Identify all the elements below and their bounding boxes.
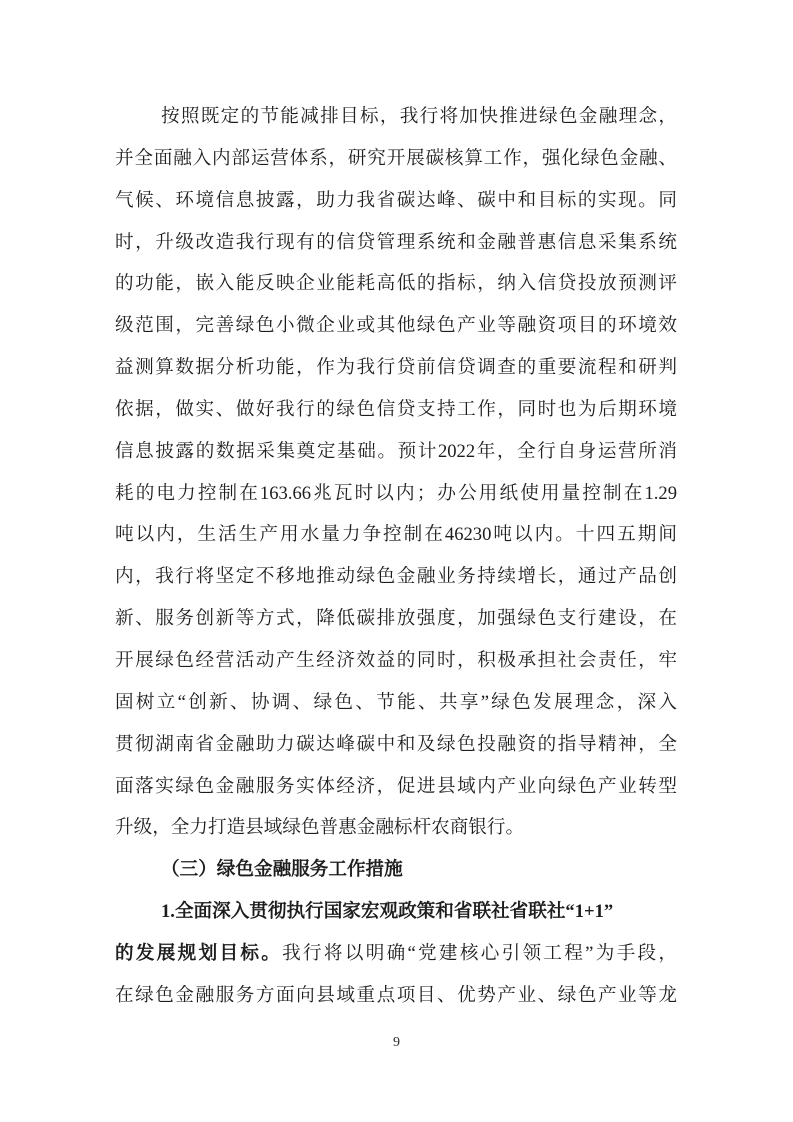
text-segment: 级范围，完善绿色小微企业或其他绿色产业等融资项目的环境效 [115, 315, 677, 336]
text-line: 开展绿色经营活动产生经济效益的同时，积极承担社会责任，牢 [115, 640, 677, 682]
text-segment: 1.全面深入贯彻执行国家宏观政策和省联社省联社“1+1” [161, 901, 613, 922]
text-line: 面落实绿色金融服务实体经济，促进县域内产业向绿色产业转型 [115, 766, 677, 808]
text-line: 吨以内，生活生产用水量力争控制在46230吨以内。十四五期间 [115, 514, 677, 556]
document-page: 按照既定的节能减排目标，我行将加快推进绿色金融理念，并全面融入内部运营体系，研究… [0, 0, 793, 1122]
text-segment: 贯彻湖南省金融助力碳达峰碳中和及绿色投融资的指导精神，全 [115, 734, 677, 755]
text-segment: 益测算数据分析功能，作为我行贷前信贷调查的重要流程和研判 [115, 357, 677, 378]
text-segment: 的功能，嵌入能反映企业能耗高低的指标，纳入信贷投放预测评 [115, 273, 677, 294]
text-segment: 我行将以明确“党建核心引领工程”为手段， [282, 943, 677, 964]
text-line: 级范围，完善绿色小微企业或其他绿色产业等融资项目的环境效 [115, 305, 677, 347]
text-segment: 升级，全力打造县域绿色普惠金融标杆农商银行。 [115, 817, 524, 838]
text-line: 内，我行将坚定不移地推动绿色金融业务持续增长，通过产品创 [115, 556, 677, 598]
text-segment: 内，我行将坚定不移地推动绿色金融业务持续增长，通过产品创 [115, 566, 677, 587]
document-body: 按照既定的节能减排目标，我行将加快推进绿色金融理念，并全面融入内部运营体系，研究… [115, 96, 677, 1017]
text-segment: 在绿色金融服务方面向县域重点项目、优势产业、绿色产业等龙 [115, 985, 677, 1006]
text-line: 的发展规划目标。我行将以明确“党建核心引领工程”为手段， [115, 933, 677, 975]
text-segment: 气候、环境信息披露，助力我省碳达峰、碳中和目标的实现。同 [115, 190, 677, 211]
text-segment: 并全面融入内部运营体系，研究开展碳核算工作，强化绿色金融、 [115, 148, 677, 169]
text-line: 在绿色金融服务方面向县域重点项目、优势产业、绿色产业等龙 [115, 975, 677, 1017]
text-segment: 新、服务创新等方式，降低碳排放强度，加强绿色支行建设，在 [115, 608, 677, 629]
text-line: 信息披露的数据采集奠定基础。预计2022年，全行自身运营所消 [115, 431, 677, 473]
text-line: 气候、环境信息披露，助力我省碳达峰、碳中和目标的实现。同 [115, 180, 677, 222]
text-line: 的功能，嵌入能反映企业能耗高低的指标，纳入信贷投放预测评 [115, 263, 677, 305]
text-segment: 吨以内，生活生产用水量力争控制在46230吨以内。十四五期间 [115, 524, 677, 545]
text-line: 时，升级改造我行现有的信贷管理系统和金融普惠信息采集系统 [115, 222, 677, 264]
text-segment: 固树立“创新、协调、绿色、节能、共享”绿色发展理念，深入 [115, 692, 677, 713]
text-line: 并全面融入内部运营体系，研究开展碳核算工作，强化绿色金融、 [115, 138, 677, 180]
text-line: 升级，全力打造县域绿色普惠金融标杆农商银行。 [115, 807, 677, 849]
text-segment: 时，升级改造我行现有的信贷管理系统和金融普惠信息采集系统 [115, 232, 677, 253]
text-line: 固树立“创新、协调、绿色、节能、共享”绿色发展理念，深入 [115, 682, 677, 724]
text-segment: 的发展规划目标。 [115, 943, 282, 964]
text-segment: 开展绿色经营活动产生经济效益的同时，积极承担社会责任，牢 [115, 650, 677, 671]
text-segment: 按照既定的节能减排目标，我行将加快推进绿色金融理念， [161, 106, 677, 127]
page-number: 9 [0, 1033, 793, 1053]
text-line: 耗的电力控制在163.66兆瓦时以内；办公用纸使用量控制在1.29 [115, 473, 677, 515]
text-segment: 面落实绿色金融服务实体经济，促进县域内产业向绿色产业转型 [115, 776, 677, 797]
text-line: 贯彻湖南省金融助力碳达峰碳中和及绿色投融资的指导精神，全 [115, 724, 677, 766]
text-line: （三）绿色金融服务工作措施 [115, 849, 677, 891]
text-line: 新、服务创新等方式，降低碳排放强度，加强绿色支行建设，在 [115, 598, 677, 640]
text-line: 1.全面深入贯彻执行国家宏观政策和省联社省联社“1+1” [115, 891, 677, 933]
text-segment: 耗的电力控制在163.66兆瓦时以内；办公用纸使用量控制在1.29 [115, 483, 677, 504]
text-line: 依据，做实、做好我行的绿色信贷支持工作，同时也为后期环境 [115, 389, 677, 431]
text-segment: 依据，做实、做好我行的绿色信贷支持工作，同时也为后期环境 [115, 399, 677, 420]
text-segment: （三）绿色金融服务工作措施 [161, 859, 403, 880]
text-line: 益测算数据分析功能，作为我行贷前信贷调查的重要流程和研判 [115, 347, 677, 389]
text-segment: 信息披露的数据采集奠定基础。预计2022年，全行自身运营所消 [115, 441, 677, 462]
text-line: 按照既定的节能减排目标，我行将加快推进绿色金融理念， [115, 96, 677, 138]
